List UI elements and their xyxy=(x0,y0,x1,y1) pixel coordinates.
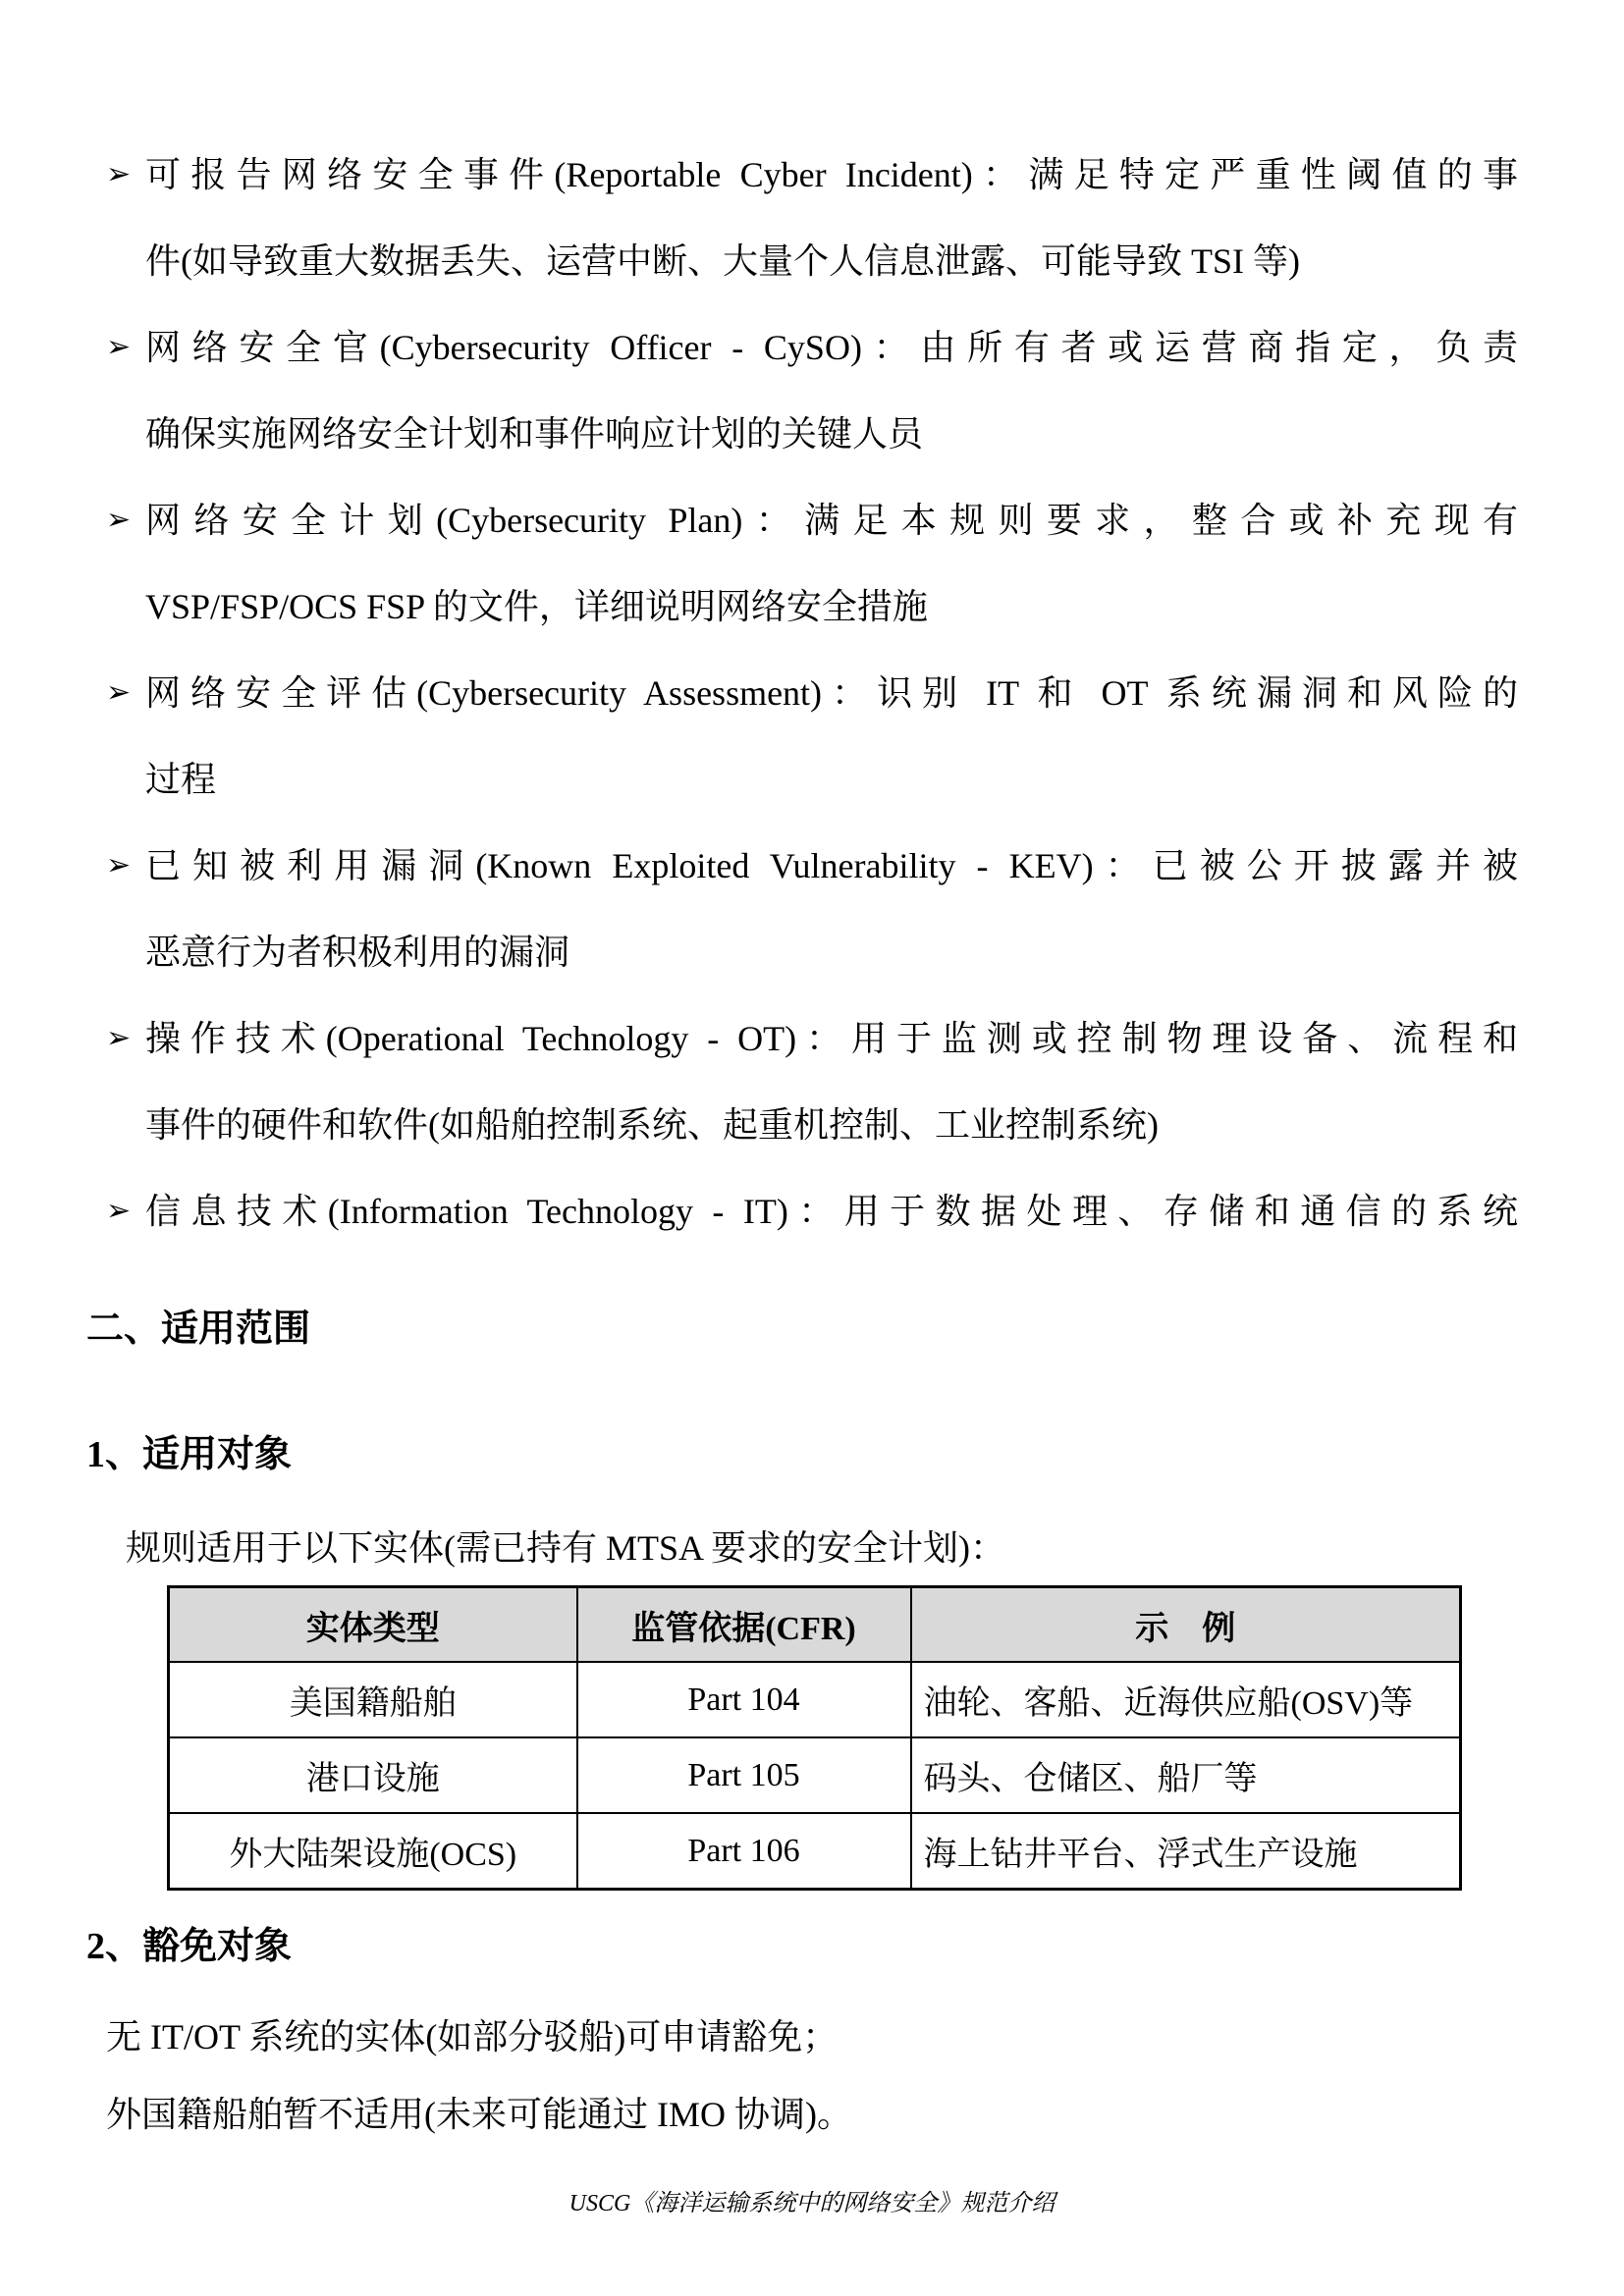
table-header-row: 实体类型 监管依据(CFR) 示 例 xyxy=(169,1587,1461,1663)
table-cell-cfr: Part 106 xyxy=(577,1813,911,1890)
exempt-line: 外国籍船舶暂不适用(未来可能通过 IMO 协调)。 xyxy=(106,2093,1518,2136)
arrow-bullet-icon: ➢ xyxy=(106,650,131,736)
table-row: 外大陆架设施(OCS) Part 106 海上钻井平台、浮式生产设施 xyxy=(169,1813,1461,1890)
definition-line: VSP/FSP/OCS FSP 的文件，详细说明网络安全措施 xyxy=(145,563,1518,650)
definition-item: ➢ 信息技术(Information Technology - IT)：用于数据… xyxy=(106,1168,1518,1255)
definition-item: ➢ 已知被利用漏洞(Known Exploited Vulnerability … xyxy=(106,823,1518,995)
definition-line: 确保实施网络安全计划和事件响应计划的关键人员 xyxy=(145,391,1518,477)
definition-line: 恶意行为者积极利用的漏洞 xyxy=(145,909,1518,995)
page-footer: USCG《海洋运输系统中的网络安全》规范介绍 xyxy=(0,2185,1624,2222)
table-cell-example: 码头、仓储区、船厂等 xyxy=(911,1737,1461,1813)
definition-list: ➢ 可报告网络安全事件(Reportable Cyber Incident)：满… xyxy=(106,132,1518,1255)
table-cell-cfr: Part 104 xyxy=(577,1662,911,1737)
definition-item: ➢ 操作技术(Operational Technology - OT)：用于监测… xyxy=(106,995,1518,1168)
definition-item: ➢ 网络安全官(Cybersecurity Officer - CySO)：由所… xyxy=(106,304,1518,477)
subsection-heading-applicable: 1、适用对象 xyxy=(86,1432,1518,1477)
definition-item: ➢ 网络安全评估(Cybersecurity Assessment)：识别 IT… xyxy=(106,650,1518,823)
table-row: 美国籍船舶 Part 104 油轮、客船、近海供应船(OSV)等 xyxy=(169,1662,1461,1737)
table-cell-example: 海上钻井平台、浮式生产设施 xyxy=(911,1813,1461,1890)
document-page: ➢ 可报告网络安全事件(Reportable Cyber Incident)：满… xyxy=(0,0,1624,2296)
arrow-bullet-icon: ➢ xyxy=(106,823,131,909)
arrow-bullet-icon: ➢ xyxy=(106,304,131,391)
table-header-example: 示 例 xyxy=(911,1587,1461,1663)
definition-line: 已知被利用漏洞(Known Exploited Vulnerability - … xyxy=(145,823,1518,909)
applicability-table: 实体类型 监管依据(CFR) 示 例 美国籍船舶 Part 104 油轮、客船、… xyxy=(167,1585,1462,1891)
definition-item: ➢ 网络安全计划(Cybersecurity Plan)：满足本规则要求，整合或… xyxy=(106,477,1518,650)
definition-line: 件(如导致重大数据丢失、运营中断、大量个人信息泄露、可能导致 TSI 等) xyxy=(145,218,1518,304)
table-cell-entity: 外大陆架设施(OCS) xyxy=(169,1813,577,1890)
definition-item: ➢ 可报告网络安全事件(Reportable Cyber Incident)：满… xyxy=(106,132,1518,304)
definition-line: 事件的硬件和软件(如船舶控制系统、起重机控制、工业控制系统) xyxy=(145,1082,1518,1168)
definition-line: 信息技术(Information Technology - IT)：用于数据处理… xyxy=(145,1168,1518,1255)
definition-line: 可报告网络安全事件(Reportable Cyber Incident)：满足特… xyxy=(145,132,1518,218)
definition-line: 过程 xyxy=(145,736,1518,823)
subsection-heading-exempt: 2、豁免对象 xyxy=(86,1924,1518,1969)
arrow-bullet-icon: ➢ xyxy=(106,1168,131,1255)
definition-line: 网络安全官(Cybersecurity Officer - CySO)：由所有者… xyxy=(145,304,1518,391)
exempt-line: 无 IT/OT 系统的实体(如部分驳船)可申请豁免； xyxy=(106,2015,1518,2058)
table-header-entity-type: 实体类型 xyxy=(169,1587,577,1663)
arrow-bullet-icon: ➢ xyxy=(106,995,131,1082)
table-row: 港口设施 Part 105 码头、仓储区、船厂等 xyxy=(169,1737,1461,1813)
table-cell-example: 油轮、客船、近海供应船(OSV)等 xyxy=(911,1662,1461,1737)
arrow-bullet-icon: ➢ xyxy=(106,477,131,563)
section-heading-scope: 二、适用范围 xyxy=(86,1306,1518,1353)
table-cell-cfr: Part 105 xyxy=(577,1737,911,1813)
table-cell-entity: 美国籍船舶 xyxy=(169,1662,577,1737)
table-cell-entity: 港口设施 xyxy=(169,1737,577,1813)
applicable-intro-paragraph: 规则适用于以下实体(需已持有 MTSA 要求的安全计划)： xyxy=(126,1526,1518,1570)
arrow-bullet-icon: ➢ xyxy=(106,132,131,218)
definition-line: 操作技术(Operational Technology - OT)：用于监测或控… xyxy=(145,995,1518,1082)
definition-line: 网络安全评估(Cybersecurity Assessment)：识别 IT 和… xyxy=(145,650,1518,736)
definition-line: 网络安全计划(Cybersecurity Plan)：满足本规则要求，整合或补充… xyxy=(145,477,1518,563)
table-header-cfr-basis: 监管依据(CFR) xyxy=(577,1587,911,1663)
